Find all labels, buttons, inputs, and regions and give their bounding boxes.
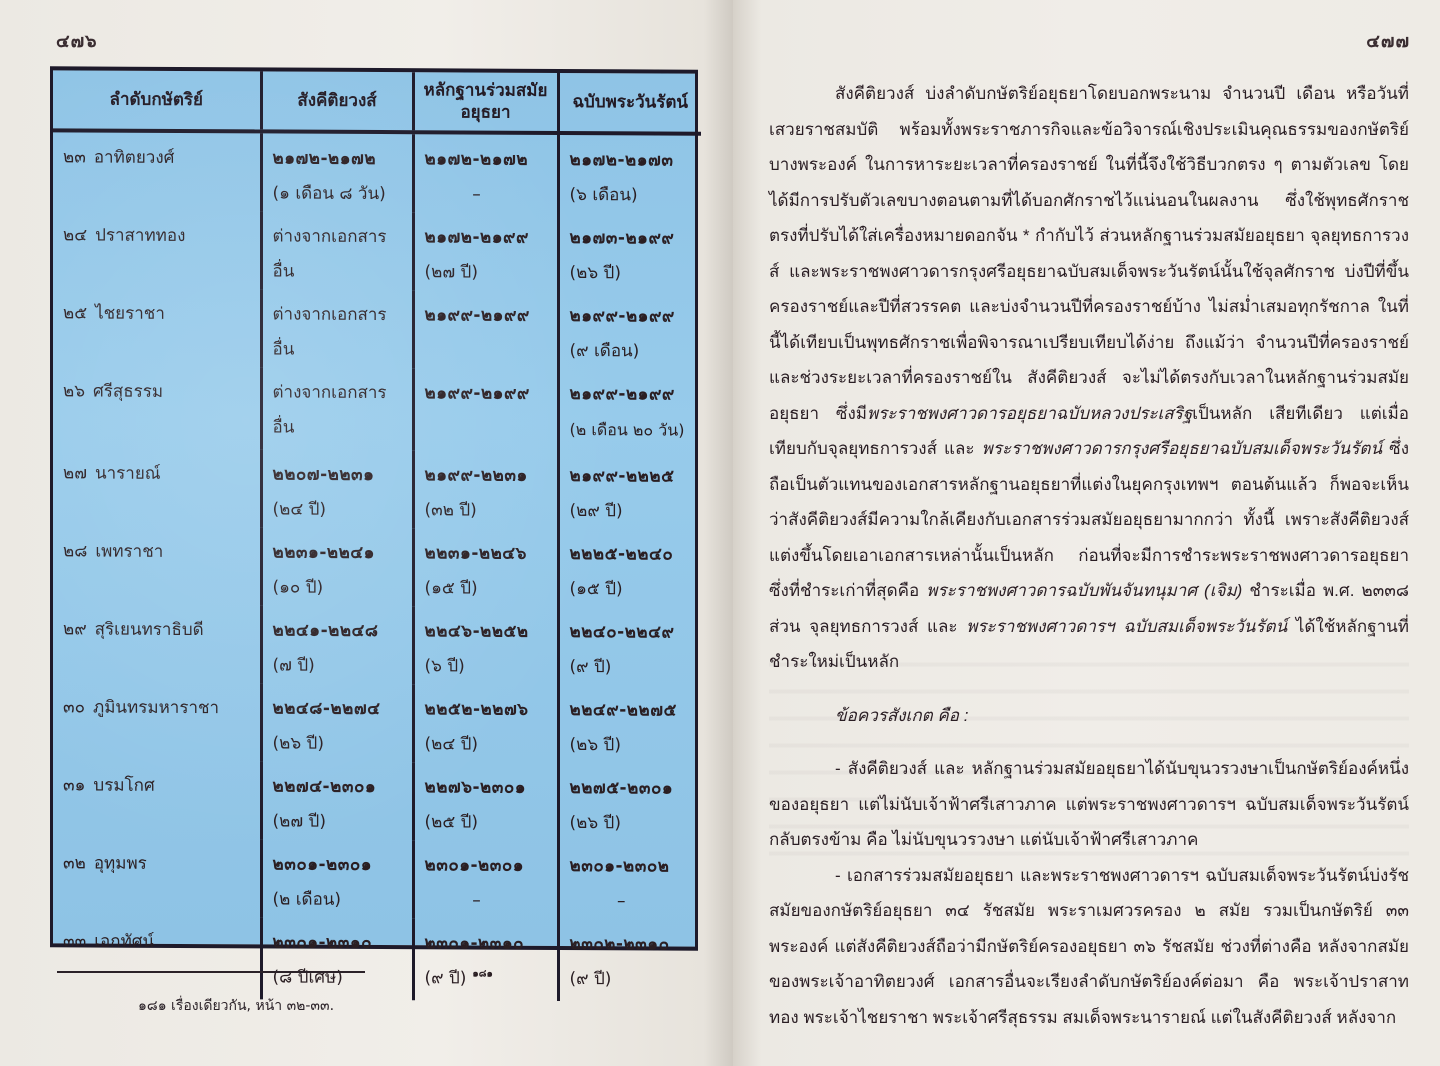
footnote-ref: ๑๘๑: [472, 969, 492, 980]
sangkhiti-cell: ๒๒๔๑-๒๒๔๘(๗ ปี): [261, 605, 413, 684]
footnote: ๑๘๑ เรื่องเดียวกัน, หน้า ๓๒-๓๓.: [138, 995, 334, 1017]
contemporary-cell: ๒๑๙๙-๒๒๓๑(๓๒ ปี): [413, 450, 558, 529]
page-number-left: ๔๗๖: [56, 26, 98, 55]
note-bullet: - เอกสารร่วมสมัยอยุธยา และพระราชพงศาวดาร…: [769, 858, 1409, 1036]
king-cell: ๓๑บรมโกศ: [53, 760, 261, 839]
king-cell: ๒๔ปราสาททอง: [53, 210, 261, 289]
wanarat-cell: ๒๒๔๙-๒๒๗๕(๒๖ ปี): [558, 685, 701, 764]
contemporary-cell: ๒๒๕๒-๒๒๗๖(๒๔ ปี): [413, 684, 558, 763]
wanarat-cell: ๒๒๔๐-๒๒๔๙(๙ ปี): [558, 607, 701, 686]
notes-heading: ข้อควรสังเกต คือ :: [769, 698, 1409, 734]
sangkhiti-cell: ๒๑๗๒-๒๑๗๒(๑ เดือน ๘ วัน): [261, 131, 413, 212]
contemporary-cell: ๒๒๔๖-๒๒๕๒(๖ ปี): [413, 606, 558, 685]
contemporary-cell: ๒๑๗๒-๒๑๗๒–: [413, 132, 558, 213]
wanarat-cell: ๒๑๗๒-๒๑๗๓(๖ เดือน): [558, 133, 701, 214]
wanarat-cell: ๒๓๐๑-๒๓๐๒–: [558, 841, 701, 920]
table-row: ๒๙สุริเยนทราธิบดี ๒๒๔๑-๒๒๔๘(๗ ปี) ๒๒๔๖-๒…: [53, 604, 701, 685]
wanarat-cell: ๒๑๙๙-๒๒๒๕(๒๙ ปี): [558, 451, 701, 530]
wanarat-cell: ๒๒๗๕-๒๓๐๑(๒๖ ปี): [558, 763, 701, 842]
sangkhiti-cell: ๒๒๔๘-๒๒๗๔(๒๖ ปี): [261, 683, 413, 762]
sangkhiti-cell: ๒๓๐๑-๒๓๑๐(๘ ปีเศษ): [261, 917, 413, 1000]
paragraph: สังคีติยวงส์ บ่งลำดับกษัตริย์อยุธยาโดยบอ…: [769, 76, 1409, 680]
sangkhiti-cell: ต่างจากเอกสารอื่น: [261, 289, 413, 368]
header-sangkhiti: สังคีติยวงส์: [261, 71, 413, 132]
sangkhiti-cell: ต่างจากเอกสารอื่น: [261, 211, 413, 290]
table-row: ๓๑บรมโกศ ๒๒๗๔-๒๓๐๑(๒๗ ปี) ๒๒๗๖-๒๓๐๑(๒๕ ป…: [53, 760, 701, 841]
wanarat-cell: ๒๑๗๓-๒๑๙๙(๒๖ ปี): [558, 213, 701, 292]
contemporary-cell: ๒๑๙๙-๒๑๙๙: [413, 290, 558, 369]
reign-comparison-table: ลำดับกษัตริย์ สังคีติยวงส์ หลักฐานร่วมสม…: [50, 66, 698, 950]
king-cell: ๓๓เอกทัศน์: [53, 916, 261, 999]
contemporary-cell: ๒๓๐๑-๒๓๐๑–: [413, 840, 558, 919]
table-row: ๒๗นารายณ์ ๒๒๐๗-๒๒๓๑(๒๔ ปี) ๒๑๙๙-๒๒๓๑(๓๒ …: [53, 448, 701, 529]
contemporary-cell: ๒๑๗๒-๒๑๙๙(๒๗ ปี): [413, 212, 558, 291]
contemporary-cell: ๒๑๙๙-๒๑๙๙: [413, 368, 558, 451]
wanarat-cell: ๒๑๙๙-๒๑๙๙(๙ เดือน): [558, 291, 701, 370]
king-cell: ๓๒อุทุมพร: [53, 838, 261, 917]
table-row: ๒๓อาทิตยวงศ์ ๒๑๗๒-๒๑๗๒(๑ เดือน ๘ วัน) ๒๑…: [53, 130, 701, 213]
king-cell: ๒๘เพทราชา: [53, 526, 261, 605]
page-number-right: ๔๗๗: [1366, 26, 1410, 55]
king-cell: ๒๖ศรีสุธรรม: [53, 366, 261, 449]
king-cell: ๒๗นารายณ์: [53, 448, 261, 527]
sangkhiti-cell: ๒๒๐๗-๒๒๓๑(๒๔ ปี): [261, 449, 413, 528]
king-cell: ๒๓อาทิตยวงศ์: [53, 130, 261, 211]
sangkhiti-cell: ๒๓๐๑-๒๓๐๑(๒ เดือน): [261, 839, 413, 918]
contemporary-cell: ๒๓๐๑-๒๓๑๐(๙ ปี)๑๘๑: [413, 918, 558, 1001]
contemporary-cell: ๒๒๓๑-๒๒๔๖(๑๕ ปี): [413, 528, 558, 607]
header-wanarat: ฉบับพระวันรัตน์: [558, 73, 701, 134]
king-cell: ๒๕ไชยราชา: [53, 288, 261, 367]
table-row: ๒๘เพทราชา ๒๒๓๑-๒๒๔๑(๑๐ ปี) ๒๒๓๑-๒๒๔๖(๑๕ …: [53, 526, 701, 607]
header-contemporary: หลักฐานร่วมสมัย อยุธยา: [413, 72, 558, 133]
header-king-order: ลำดับกษัตริย์: [53, 70, 261, 131]
table-header-row: ลำดับกษัตริย์ สังคีติยวงส์ หลักฐานร่วมสม…: [53, 70, 701, 133]
table-row: ๒๕ไชยราชา ต่างจากเอกสารอื่น ๒๑๙๙-๒๑๙๙ ๒๑…: [53, 288, 701, 369]
note-bullet: - สังคีติยวงส์ และ หลักฐานร่วมสมัยอยุธยา…: [769, 751, 1409, 858]
wanarat-cell: ๒๑๙๙-๒๑๙๙(๒ เดือน ๒๐ วัน): [558, 369, 701, 452]
king-cell: ๓๐ภูมินทรมหาราชา: [53, 682, 261, 761]
book-spread: ๔๗๖ ลำดับกษัตริย์ สังคีติยวงส์ หลักฐานร่…: [0, 0, 1440, 1066]
table-row: ๓๒อุทุมพร ๒๓๐๑-๒๓๐๑(๒ เดือน) ๒๓๐๑-๒๓๐๑– …: [53, 838, 701, 919]
wanarat-cell: ๒๒๒๕-๒๒๔๐(๑๕ ปี): [558, 529, 701, 608]
sangkhiti-cell: ต่างจากเอกสารอื่น: [261, 367, 413, 450]
right-page: ๔๗๗ สังคีติยวงส์ บ่งลำดับกษัตริย์อยุธยาโ…: [733, 0, 1440, 1066]
left-page: ๔๗๖ ลำดับกษัตริย์ สังคีติยวงส์ หลักฐานร่…: [0, 0, 733, 1066]
contemporary-cell: ๒๒๗๖-๒๓๐๑(๒๕ ปี): [413, 762, 558, 841]
table-row: ๒๖ศรีสุธรรม ต่างจากเอกสารอื่น ๒๑๙๙-๒๑๙๙ …: [53, 366, 701, 451]
table-row: ๓๓เอกทัศน์ ๒๓๐๑-๒๓๑๐(๘ ปีเศษ) ๒๓๐๑-๒๓๑๐(…: [53, 916, 701, 1001]
table-row: ๒๔ปราสาททอง ต่างจากเอกสารอื่น ๒๑๗๒-๒๑๙๙(…: [53, 210, 701, 291]
body-text: สังคีติยวงส์ บ่งลำดับกษัตริย์อยุธยาโดยบอ…: [769, 76, 1409, 1035]
wanarat-cell: ๒๓๐๒-๒๓๑๐(๙ ปี): [558, 919, 701, 1002]
table-row: ๓๐ภูมินทรมหาราชา ๒๒๔๘-๒๒๗๔(๒๖ ปี) ๒๒๕๒-๒…: [53, 682, 701, 763]
king-cell: ๒๙สุริเยนทราธิบดี: [53, 604, 261, 683]
sangkhiti-cell: ๒๒๗๔-๒๓๐๑(๒๗ ปี): [261, 761, 413, 840]
sangkhiti-cell: ๒๒๓๑-๒๒๔๑(๑๐ ปี): [261, 527, 413, 606]
footnote-divider: [57, 971, 365, 973]
